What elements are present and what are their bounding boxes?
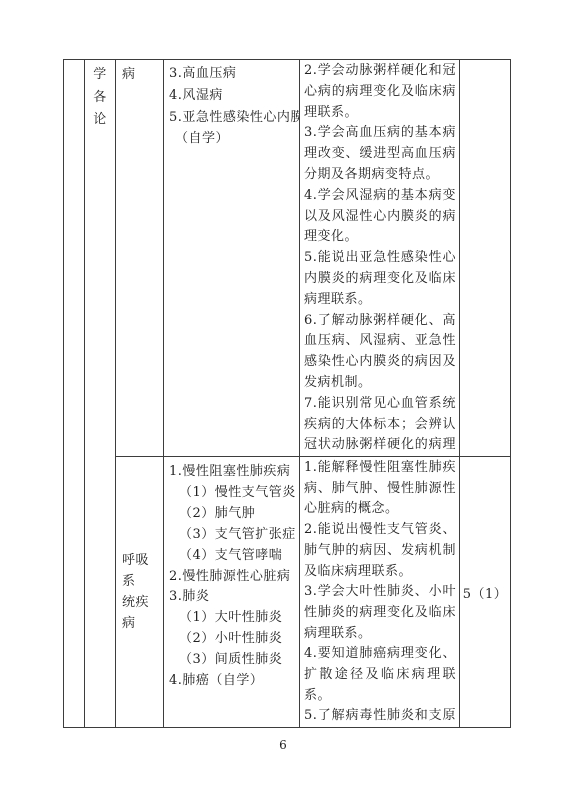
topic-line: （1）大叶性肺炎 bbox=[169, 608, 297, 629]
objective-paragraph: 1.能解释慢性阻塞性肺疾病、肺气肿、慢性肺源性心脏病的概念。 bbox=[304, 458, 456, 520]
hours-cell-row2: 5（1） bbox=[460, 457, 510, 727]
objective-paragraph: 6.了解动脉粥样硬化、高血压病、风湿病、亚急性感染性心内膜炎的病因及发病机制。 bbox=[304, 311, 456, 394]
unit-label-char: 各 bbox=[85, 87, 115, 110]
system-name-line: 统疾病 bbox=[122, 592, 161, 634]
topic-line: （3）间质性肺炎 bbox=[169, 650, 297, 671]
page-number: 6 bbox=[0, 738, 566, 752]
objective-paragraph: 5.了解病毒性肺炎和支原体性肺炎的病因、病理变化及临 bbox=[304, 706, 456, 727]
unit-label-cell: 学 各 论 bbox=[85, 60, 116, 727]
topic-line: 3.高血压病 bbox=[169, 63, 295, 85]
topics-cell-row2: 1.慢性阻塞性肺疾病 （1）慢性支气管炎 （2）肺气肿 （3）支气管扩张症 （4… bbox=[164, 457, 300, 727]
topics-cell-row1: 3.高血压病 4.风湿病 5.亚急性感染性心内膜炎 （自学） bbox=[164, 60, 300, 457]
objective-paragraph: 5.能说出亚急性感染性心内膜炎的病理变化及临床病理联系。 bbox=[304, 248, 456, 310]
topic-line: 4.风湿病 bbox=[169, 85, 295, 107]
curriculum-table: 学 各 论 病 3.高血压病 4.风湿病 5.亚急性感染性心内膜炎 （自学） 2… bbox=[63, 59, 511, 728]
objective-paragraph: 3.学会高血压病的基本病理改变、缓进型高血压病分期及各期病变特点。 bbox=[304, 123, 456, 185]
topic-line: 2.慢性肺源性心脏病 bbox=[169, 567, 297, 588]
unit-label-char: 学 bbox=[85, 64, 115, 87]
topic-line: （1）慢性支气管炎 bbox=[169, 483, 297, 504]
objective-paragraph: 3.学会大叶性肺炎、小叶性肺炎的病理变化及临床病理联系。 bbox=[304, 582, 456, 644]
empty-margin-cell bbox=[64, 60, 85, 727]
topic-line: （自学） bbox=[169, 128, 295, 150]
objective-paragraph: 4.学会风湿病的基本病变以及风湿性心内膜炎的病理变化。 bbox=[304, 186, 456, 248]
system-name-cell-row2: 呼吸系 统疾病 bbox=[116, 457, 164, 727]
unit-label-char: 论 bbox=[85, 109, 115, 132]
system-name-line: 病 bbox=[122, 64, 161, 85]
objective-paragraph: 4.要知道肺癌病理变化、扩散途径及临床病理联系。 bbox=[304, 644, 456, 706]
system-name-cell-row1: 病 bbox=[116, 60, 164, 457]
objective-paragraph: 2.能说出慢性支气管炎、肺气肿的病因、发病机制及临床病理联系。 bbox=[304, 520, 456, 582]
objectives-cell-row2: 1.能解释慢性阻塞性肺疾病、肺气肿、慢性肺源性心脏病的概念。 2.能说出慢性支气… bbox=[300, 457, 460, 727]
document-page: { "page": { "number": "6" }, "colors": {… bbox=[0, 0, 566, 800]
hours-value: 5（1） bbox=[463, 583, 508, 602]
topic-line: 4.肺癌（自学） bbox=[169, 671, 297, 692]
topic-line: 5.亚急性感染性心内膜炎 bbox=[169, 107, 295, 129]
topic-line: （2）肺气肿 bbox=[169, 504, 297, 525]
objective-paragraph: 2.学会动脉粥样硬化和冠心病的病理变化及临床病理联系。 bbox=[304, 61, 456, 123]
objective-paragraph: 7.能识别常见心血管系统疾病的大体标本；会辨认冠状动脉粥样硬化的病理组织切片并绘… bbox=[304, 394, 456, 457]
objectives-cell-row1: 2.学会动脉粥样硬化和冠心病的病理变化及临床病理联系。 3.学会高血压病的基本病… bbox=[300, 60, 460, 457]
topic-line: 3.肺炎 bbox=[169, 587, 297, 608]
topic-line: （2）小叶性肺炎 bbox=[169, 629, 297, 650]
system-name-line: 呼吸系 bbox=[122, 550, 161, 592]
topic-line: （4）支气管哮喘 bbox=[169, 546, 297, 567]
topic-line: （3）支气管扩张症 bbox=[169, 525, 297, 546]
topic-line: 1.慢性阻塞性肺疾病 bbox=[169, 462, 297, 483]
hours-cell-row1 bbox=[460, 60, 510, 457]
